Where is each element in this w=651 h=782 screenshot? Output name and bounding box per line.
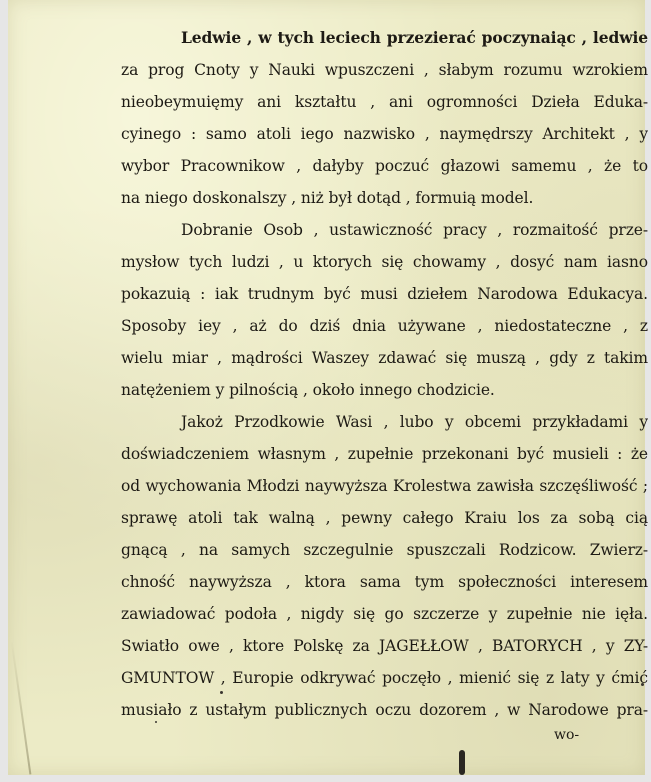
text-line: mysłow tych ludzi , u ktorych się chowam… — [121, 246, 648, 278]
text-line: Sposoby iey , aż do dziś dnia używane , … — [121, 310, 648, 342]
text-line: wybor Pracownikow , dałyby poczuć głazow… — [121, 150, 648, 182]
ink-speck — [220, 691, 223, 694]
text-line: Jakoż Przodkowie Wasi , lubo y obcemi pr… — [121, 406, 648, 438]
text-line: na niego doskonalszy , niż był dotąd , f… — [121, 182, 648, 214]
text-line: wielu miar , mądrości Waszey zdawać się … — [121, 342, 648, 374]
text-line: nieobeymuięmy ani kształtu , ani ogromno… — [121, 86, 648, 118]
text-line: chność naywyższa , ktora sama tym społec… — [121, 566, 648, 598]
ink-smudge — [459, 750, 465, 775]
body-text: Ledwie , w tych leciech przezierać poczy… — [121, 22, 648, 726]
paper-fold-mark — [11, 641, 32, 775]
text-line: od wychowania Młodzi naywyższa Krolestwa… — [121, 470, 648, 502]
text-line: natężeniem y pilnością , około innego ch… — [121, 374, 648, 406]
text-line: Swiatło owe , ktore Polskę za JAGEŁŁOW ,… — [121, 630, 648, 662]
text-line: za prog Cnoty y Nauki wpuszczeni , słaby… — [121, 54, 648, 86]
text-line: gnącą , na samych szczegulnie spuszczali… — [121, 534, 648, 566]
scanned-page: Ledwie , w tych leciech przezierać poczy… — [8, 0, 645, 775]
text-line: GMUNTOW , Europie odkrywać poczęło , mie… — [121, 662, 648, 694]
text-line: musiało z ustałym publicznych oczu dozor… — [121, 694, 648, 726]
text-line: Dobranie Osob , ustawiczność pracy , roz… — [121, 214, 648, 246]
text-line: sprawę atoli tak walną , pewny całego Kr… — [121, 502, 648, 534]
text-line: zawiadować podoła , nigdy się go szczerz… — [121, 598, 648, 630]
text-line: Ledwie , w tych leciech przezierać poczy… — [121, 22, 648, 54]
catchword: wo- — [554, 727, 579, 743]
text-line: pokazuią : iak trudnym być musi dziełem … — [121, 278, 648, 310]
text-line: cyinego : samo atoli iego nazwisko , nay… — [121, 118, 648, 150]
ink-speck — [155, 721, 157, 723]
text-line: doświadczeniem własnym , zupełnie przeko… — [121, 438, 648, 470]
ink-speck — [641, 683, 644, 686]
